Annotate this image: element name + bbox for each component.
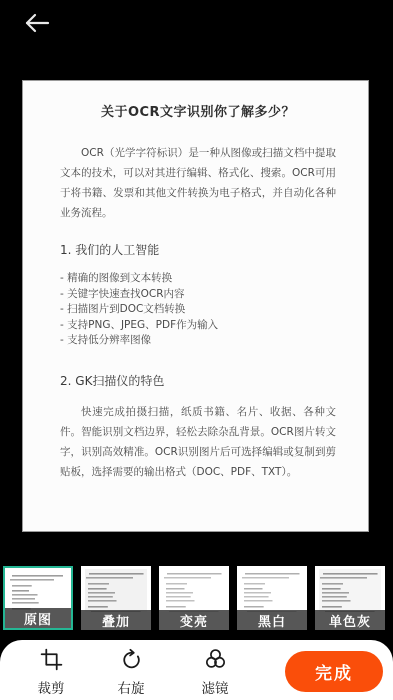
arrow-left-icon bbox=[24, 13, 50, 37]
filter-label: 原图 bbox=[5, 608, 71, 628]
document-title: 关于OCR文字识别你了解多少？ bbox=[60, 101, 336, 120]
filter-thumb-brighten[interactable]: 变亮 bbox=[159, 566, 229, 630]
filter-thumb-black-white[interactable]: 黑白 bbox=[237, 566, 307, 630]
document-heading-2: 2. GK扫描仪的特色 bbox=[60, 372, 336, 389]
rotate-label: 右旋 bbox=[118, 677, 145, 697]
document-bullet-list: - 精确的图像到文本转换 - 关键字快速查找OCR内容 - 扫描图片到DOC文档… bbox=[60, 271, 336, 349]
filter-label: 滤镜 bbox=[202, 677, 229, 697]
filter-button[interactable]: 滤镜 bbox=[186, 647, 244, 697]
back-button[interactable] bbox=[20, 10, 54, 40]
rotate-clockwise-icon bbox=[119, 647, 144, 676]
bullet-item: - 支持低分辨率图像 bbox=[60, 333, 336, 349]
bottom-toolbar: 裁剪 右旋 滤镜 完成 bbox=[0, 640, 393, 700]
bullet-item: - 支持PNG、JPEG、PDF作为输入 bbox=[60, 318, 336, 334]
filter-thumb-original[interactable]: 原图 bbox=[3, 566, 73, 630]
filter-label: 叠加 bbox=[81, 610, 151, 630]
crop-button[interactable]: 裁剪 bbox=[22, 647, 80, 697]
filter-thumb-overlay[interactable]: 叠加 bbox=[81, 566, 151, 630]
document-paragraph-2: 快速完成拍摄扫描，纸质书籍、名片、收据、各种文件。智能识别文档边界，轻松去除杂乱… bbox=[60, 402, 336, 482]
done-button[interactable]: 完成 bbox=[285, 651, 383, 692]
document-heading-1: 1. 我们的人工智能 bbox=[60, 241, 336, 258]
rotate-right-button[interactable]: 右旋 bbox=[102, 647, 160, 697]
document-paragraph-1: OCR（光学字符标识）是一种从图像或扫描文档中提取文本的技术，可以对其进行编辑、… bbox=[60, 143, 336, 223]
thumbnail-preview bbox=[319, 569, 381, 612]
three-circles-icon bbox=[203, 647, 228, 676]
filter-label: 变亮 bbox=[159, 610, 229, 630]
document-preview: 关于OCR文字识别你了解多少？ OCR（光学字符标识）是一种从图像或扫描文档中提… bbox=[22, 80, 369, 532]
thumbnail-preview bbox=[163, 569, 225, 612]
crop-label: 裁剪 bbox=[38, 677, 65, 697]
filter-label: 单色灰 bbox=[315, 610, 385, 630]
thumbnail-preview bbox=[9, 571, 67, 610]
thumbnail-preview bbox=[241, 569, 303, 612]
filter-thumb-mono-gray[interactable]: 单色灰 bbox=[315, 566, 385, 630]
bullet-item: - 扫描图片到DOC文档转换 bbox=[60, 302, 336, 318]
bullet-item: - 精确的图像到文本转换 bbox=[60, 271, 336, 287]
thumbnail-preview bbox=[85, 569, 147, 612]
crop-icon bbox=[39, 647, 64, 676]
filter-strip: 原图 叠加 变亮 黑白 单色灰 bbox=[3, 566, 385, 630]
filter-label: 黑白 bbox=[237, 610, 307, 630]
bullet-item: - 关键字快速查找OCR内容 bbox=[60, 287, 336, 303]
